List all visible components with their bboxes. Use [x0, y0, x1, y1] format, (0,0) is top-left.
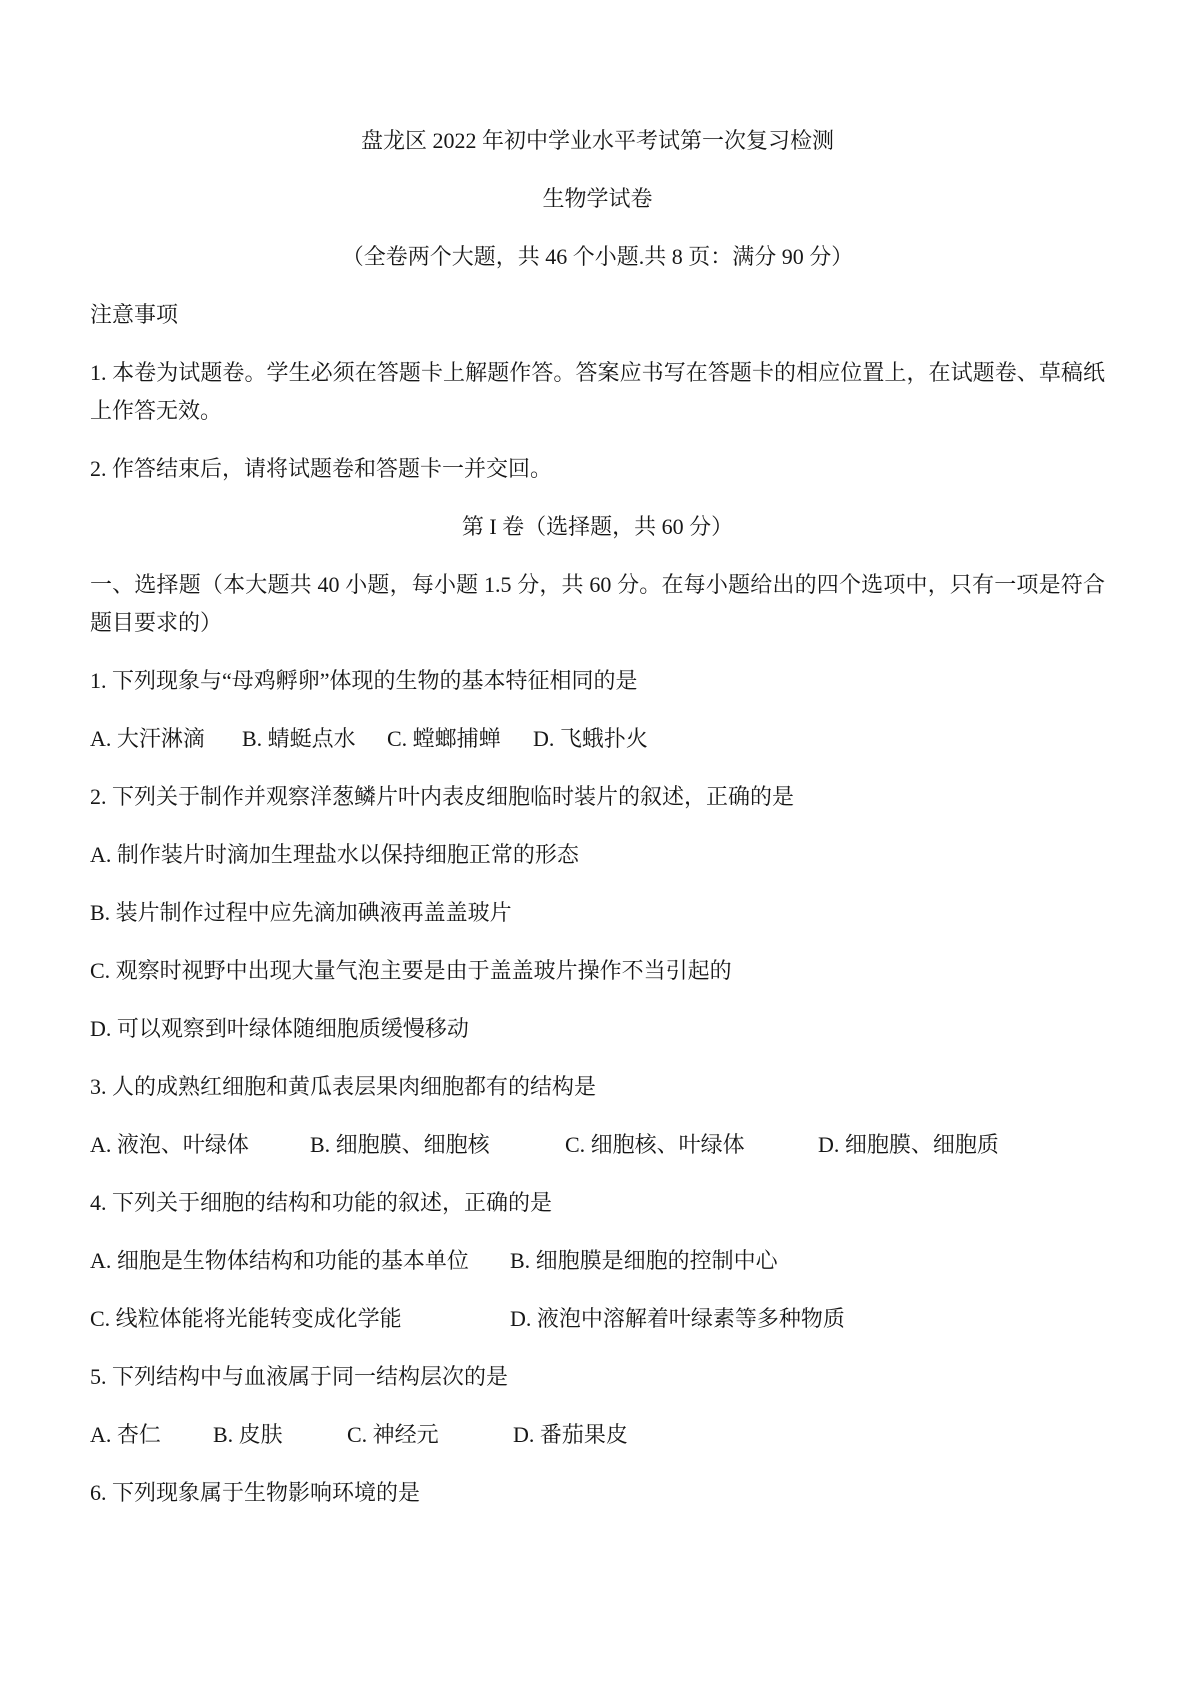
option-3d: D. 细胞膜、细胞质 [818, 1126, 999, 1164]
question-stem-5: 5. 下列结构中与血液属于同一结构层次的是 [90, 1358, 1105, 1396]
option-4b: B. 细胞膜是细胞的控制中心 [510, 1242, 778, 1280]
option-4d: D. 液泡中溶解着叶绿素等多种物质 [510, 1300, 845, 1338]
exam-paper: 盘龙区 2022 年初中学业水平考试第一次复习检测 生物学试卷 （全卷两个大题，… [0, 0, 1191, 1684]
option-5c: C. 神经元 [347, 1416, 513, 1454]
exam-meta: （全卷两个大题，共 46 个小题.共 8 页：满分 90 分） [90, 238, 1105, 276]
option-2b: B. 装片制作过程中应先滴加碘液再盖盖玻片 [90, 894, 1105, 932]
option-3b: B. 细胞膜、细胞核 [310, 1126, 565, 1164]
option-5d: D. 番茄果皮 [513, 1416, 628, 1454]
page-title: 盘龙区 2022 年初中学业水平考试第一次复习检测 [90, 122, 1105, 160]
question-options-4-row1: A. 细胞是生物体结构和功能的基本单位B. 细胞膜是细胞的控制中心 [90, 1242, 1105, 1280]
section-intro: 一、选择题（本大题共 40 小题，每小题 1.5 分，共 60 分。在每小题给出… [90, 566, 1105, 642]
notice-item-2: 2. 作答结束后，请将试题卷和答题卡一并交回。 [90, 450, 1105, 488]
option-1b: B. 蜻蜓点水 [242, 720, 387, 758]
option-3a: A. 液泡、叶绿体 [90, 1126, 310, 1164]
option-1d: D. 飞蛾扑火 [533, 720, 648, 758]
section-heading: 第 I 卷（选择题，共 60 分） [90, 508, 1105, 546]
option-3c: C. 细胞核、叶绿体 [565, 1126, 818, 1164]
option-2d: D. 可以观察到叶绿体随细胞质缓慢移动 [90, 1010, 1105, 1048]
question-stem-4: 4. 下列关于细胞的结构和功能的叙述，正确的是 [90, 1184, 1105, 1222]
question-stem-2: 2. 下列关于制作并观察洋葱鳞片叶内表皮细胞临时装片的叙述，正确的是 [90, 778, 1105, 816]
option-1a: A. 大汗淋滴 [90, 720, 242, 758]
option-4a: A. 细胞是生物体结构和功能的基本单位 [90, 1242, 510, 1280]
question-options-4-row2: C. 线粒体能将光能转变成化学能D. 液泡中溶解着叶绿素等多种物质 [90, 1300, 1105, 1338]
question-stem-3: 3. 人的成熟红细胞和黄瓜表层果肉细胞都有的结构是 [90, 1068, 1105, 1106]
notice-item-1: 1. 本卷为试题卷。学生必须在答题卡上解题作答。答案应书写在答题卡的相应位置上，… [90, 354, 1105, 430]
option-5b: B. 皮肤 [213, 1416, 347, 1454]
question-stem-1: 1. 下列现象与“母鸡孵卵”体现的生物的基本特征相同的是 [90, 662, 1105, 700]
question-options-1: A. 大汗淋滴B. 蜻蜓点水C. 螳螂捕蝉D. 飞蛾扑火 [90, 720, 1105, 758]
question-stem-6: 6. 下列现象属于生物影响环境的是 [90, 1474, 1105, 1512]
option-1c: C. 螳螂捕蝉 [387, 720, 533, 758]
question-options-3: A. 液泡、叶绿体B. 细胞膜、细胞核C. 细胞核、叶绿体D. 细胞膜、细胞质 [90, 1126, 1105, 1164]
option-5a: A. 杏仁 [90, 1416, 213, 1454]
option-4c: C. 线粒体能将光能转变成化学能 [90, 1300, 510, 1338]
option-2c: C. 观察时视野中出现大量气泡主要是由于盖盖玻片操作不当引起的 [90, 952, 1105, 990]
question-options-5: A. 杏仁B. 皮肤C. 神经元D. 番茄果皮 [90, 1416, 1105, 1454]
option-2a: A. 制作装片时滴加生理盐水以保持细胞正常的形态 [90, 836, 1105, 874]
notice-heading: 注意事项 [90, 296, 1105, 334]
page-subtitle: 生物学试卷 [90, 180, 1105, 218]
